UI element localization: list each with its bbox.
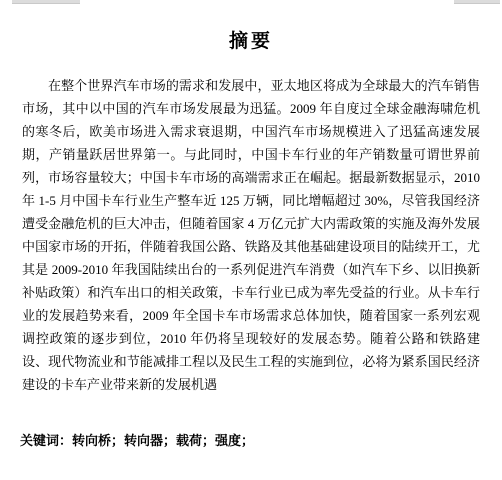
document-page: 摘要 在整个世界汽车市场的需求和发展中，亚太地区将成为全球最大的汽车销售市场，其… (0, 0, 502, 480)
keywords-text: 转向桥；转向器；载荷；强度； (72, 433, 254, 448)
keywords-line: 关键词：转向桥；转向器；载荷；强度； (20, 432, 482, 450)
abstract-paragraph: 在整个世界汽车市场的需求和发展中，亚太地区将成为全球最大的汽车销售市场，其中以中… (22, 74, 480, 396)
page-edge-artifact-right (454, 0, 500, 4)
keywords-label: 关键词： (20, 433, 72, 448)
page-edge-artifact-left (12, 0, 80, 4)
page-title: 摘要 (0, 26, 502, 53)
